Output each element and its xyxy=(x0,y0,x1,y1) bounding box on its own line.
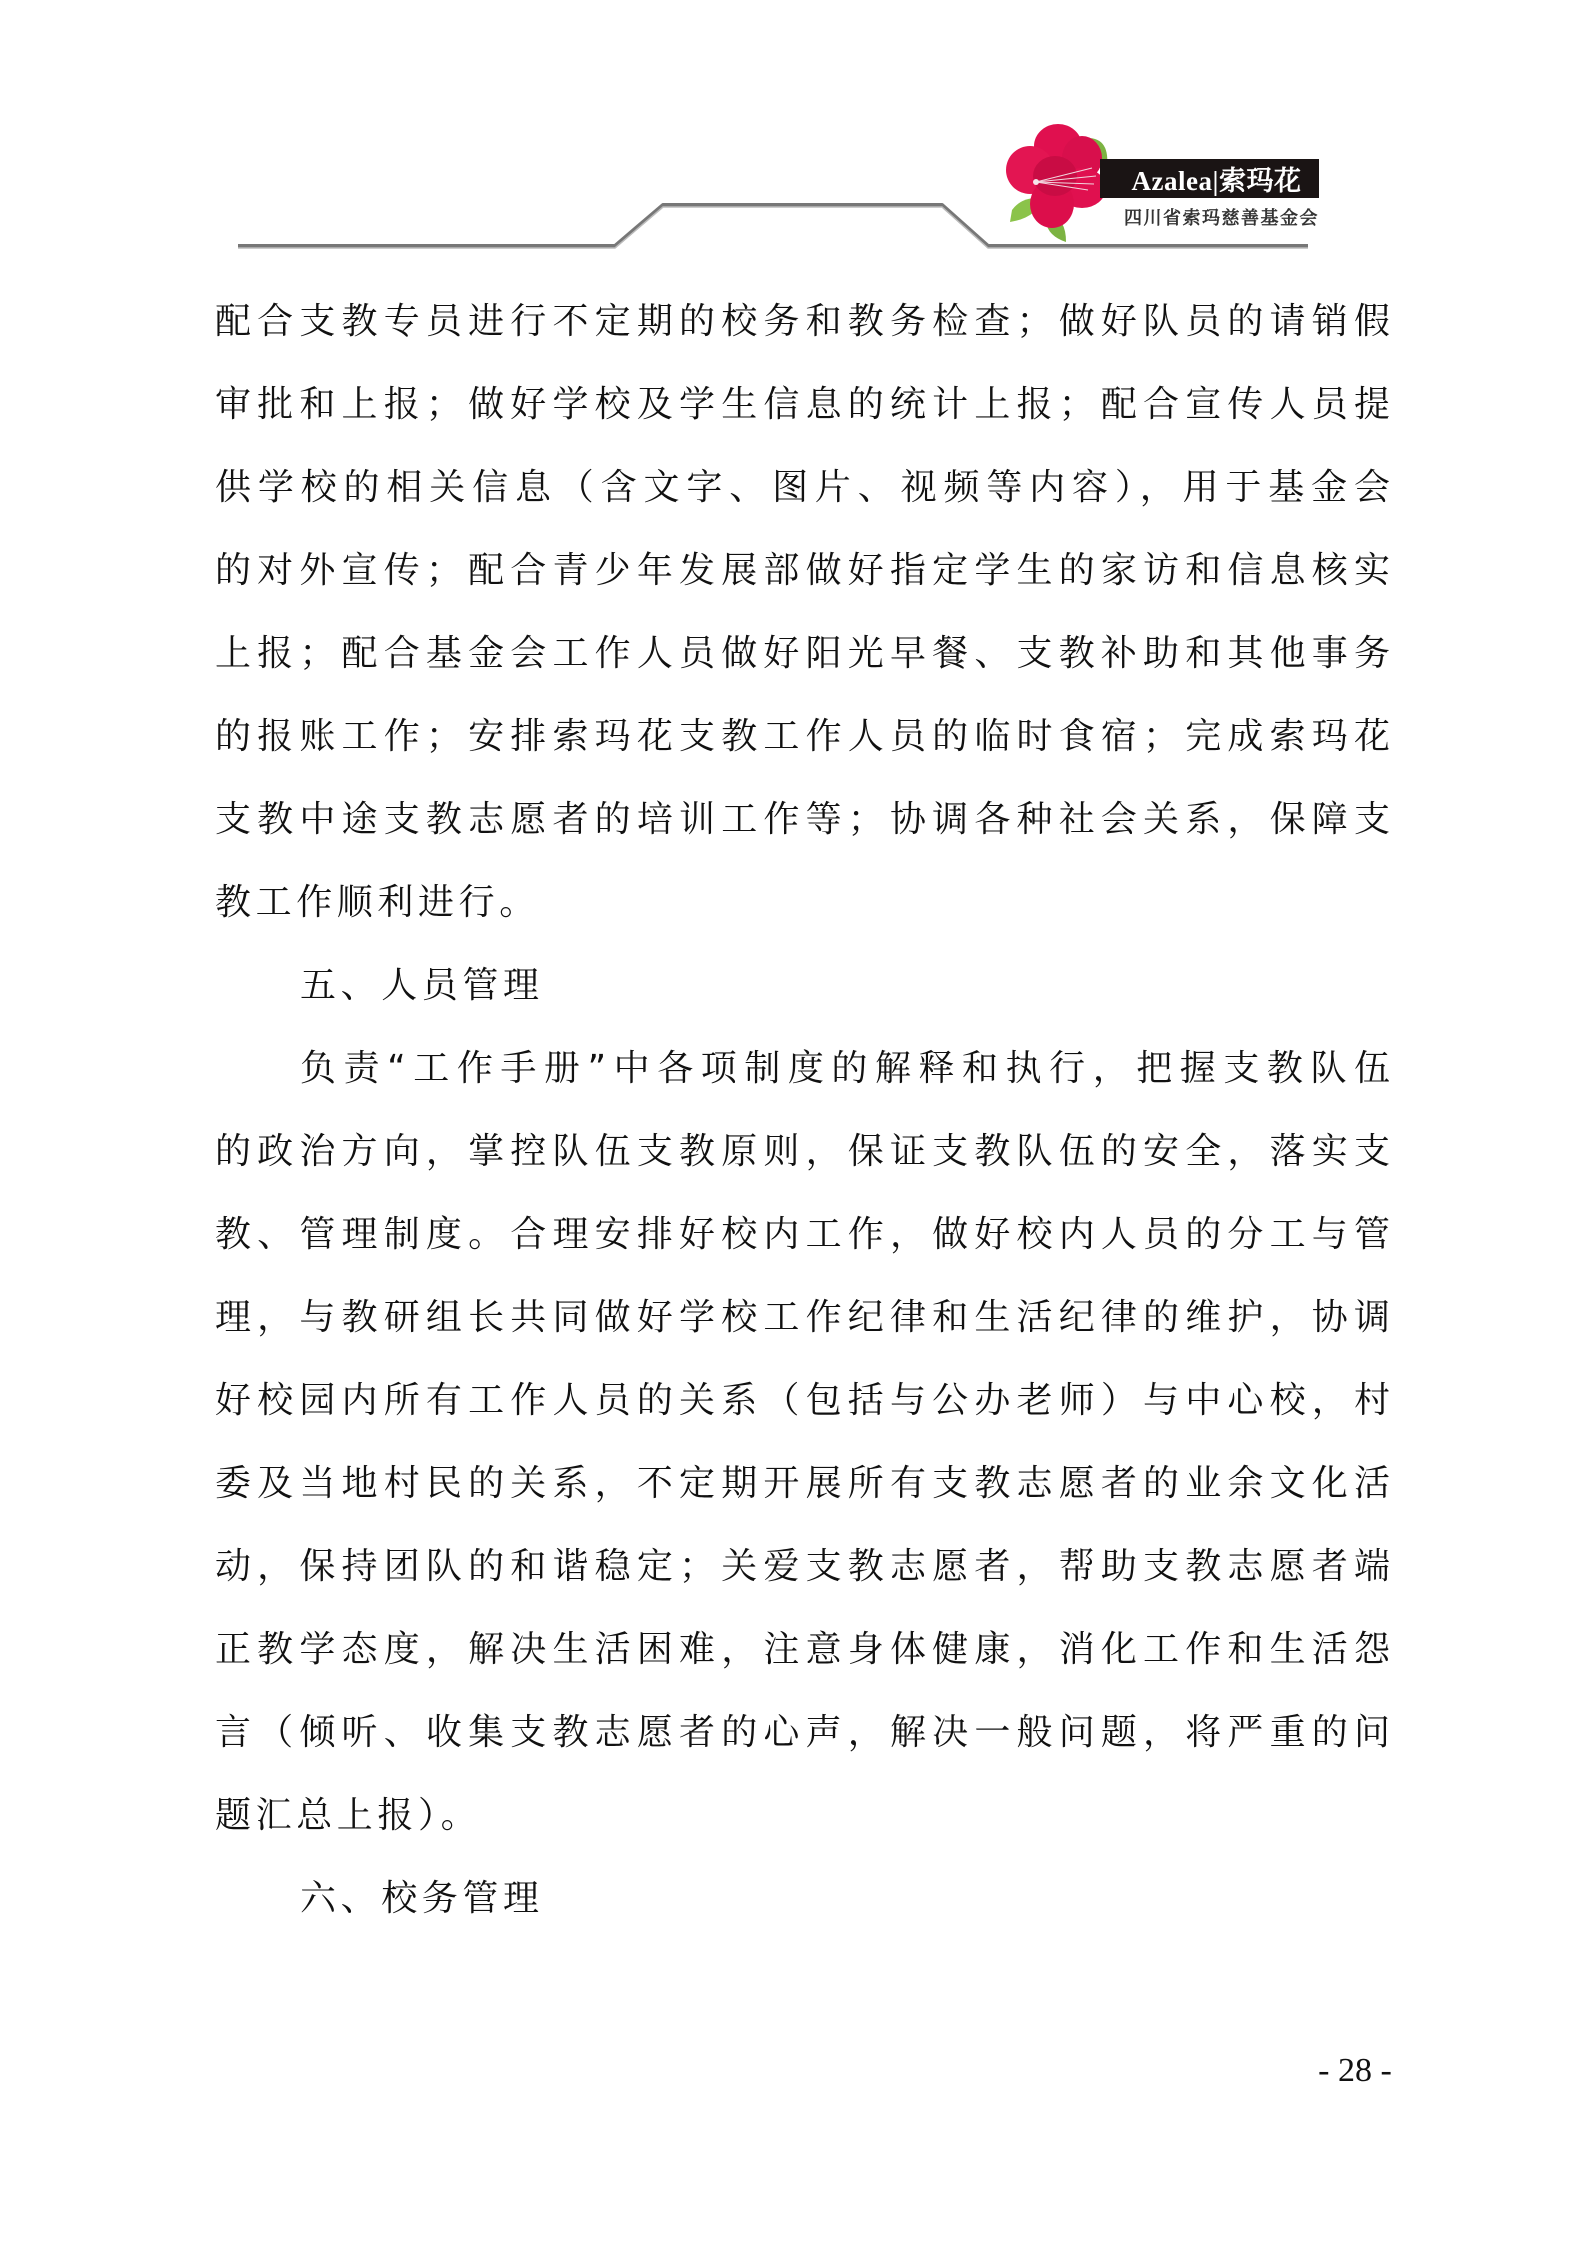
logo-title: Azalea|索玛花 xyxy=(1118,159,1302,198)
text-line: 配合支教专员进行不定期的校务和教务检查；做好队员的请销假 xyxy=(215,300,1392,344)
text-line: 的政治方向，掌控队伍支教原则，保证支教队伍的安全，落实支 xyxy=(215,1130,1392,1174)
text-line: 供学校的相关信息（含文字、图片、视频等内容），用于基金会 xyxy=(215,466,1392,510)
foundation-logo: Azalea|索玛花 四川省索玛慈善基金会 xyxy=(1000,118,1330,243)
header-rule xyxy=(0,0,1587,260)
text-line: 委及当地村民的关系，不定期开展所有支教志愿者的业余文化活 xyxy=(215,1462,1392,1506)
text-line: 审批和上报；做好学校及学生信息的统计上报；配合宣传人员提 xyxy=(215,383,1392,427)
logo-subtitle: 四川省索玛慈善基金会 xyxy=(1100,204,1319,230)
text-line: 言（倾听、收集支教志愿者的心声，解决一般问题，将严重的问 xyxy=(215,1711,1392,1755)
logo-title-bar: Azalea|索玛花 xyxy=(1100,159,1319,198)
document-page: Azalea|索玛花 四川省索玛慈善基金会 配合支教专员进行不定期的校务和教务检… xyxy=(0,0,1587,2245)
section-heading-personnel: 五、人员管理 xyxy=(300,964,544,1008)
paragraph-first-line: 负责“工作手册”中各项制度的解释和执行，把握支教队伍 xyxy=(300,1047,1392,1091)
text-line: 正教学态度，解决生活困难，注意身体健康，消化工作和生活怨 xyxy=(215,1628,1392,1672)
text-line: 动，保持团队的和谐稳定；关爱支教志愿者，帮助支教志愿者端 xyxy=(215,1545,1392,1589)
text-line: 理，与教研组长共同做好学校工作纪律和生活纪律的维护，协调 xyxy=(215,1296,1392,1340)
page-number: - 28 - xyxy=(1300,2052,1410,2090)
text-line: 的对外宣传；配合青少年发展部做好指定学生的家访和信息核实 xyxy=(215,549,1392,593)
section-heading-school-affairs: 六、校务管理 xyxy=(300,1877,544,1921)
text-line: 教、管理制度。合理安排好校内工作，做好校内人员的分工与管 xyxy=(215,1213,1392,1257)
text-line: 题汇总上报）。 xyxy=(215,1794,1392,1838)
text-line: 好校园内所有工作人员的关系（包括与公办老师）与中心校，村 xyxy=(215,1379,1392,1423)
text-line: 支教中途支教志愿者的培训工作等；协调各种社会关系，保障支 xyxy=(215,798,1392,842)
text-line: 教工作顺利进行。 xyxy=(215,881,1392,925)
text-line: 上报；配合基金会工作人员做好阳光早餐、支教补助和其他事务 xyxy=(215,632,1392,676)
text-line: 的报账工作；安排索玛花支教工作人员的临时食宿；完成索玛花 xyxy=(215,715,1392,759)
